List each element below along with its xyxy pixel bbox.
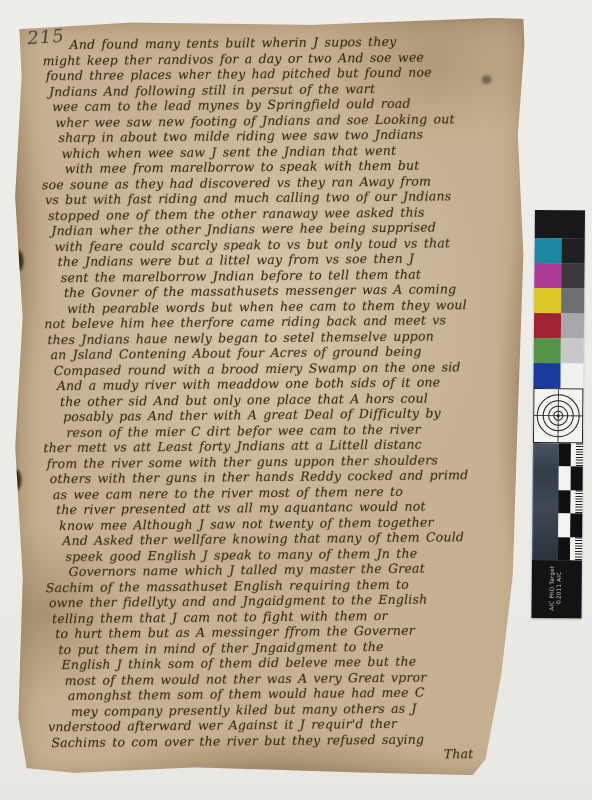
manuscript-page: 215 And found many tents built wherin J … [11,15,531,783]
gray-patch [562,238,585,263]
strip-footer: AIC PhD Target ©2011 AIC [531,560,582,618]
gray-patch [560,363,583,388]
gray-patch [561,313,584,338]
bullseye-target-icon [533,388,583,443]
gray-patch [561,288,584,313]
strip-header [535,210,585,238]
photo-background: 215 And found many tents built wherin J … [0,0,592,800]
gray-patch [561,338,584,363]
ruler [532,443,583,560]
ruler-dark-bar [532,443,559,560]
ruler-block [559,443,571,467]
color-patch [534,263,561,288]
ruler-tick-block [571,443,583,467]
ink-stain [8,249,23,273]
ruler-blocks-left [558,443,571,560]
color-patch [533,363,560,388]
ruler-block [558,537,570,561]
patch-rows [533,238,584,388]
ruler-tick-block [570,490,582,514]
color-patch [535,238,562,263]
color-patch [534,288,561,313]
target-copyright: ©2011 AIC [556,561,563,615]
ruler-blocks-right [570,443,583,560]
manuscript-text: And found many tents built wherin J supo… [24,33,526,766]
ruler-block [559,467,571,491]
color-patch [534,313,561,338]
ruler-block [558,490,570,514]
gray-patch [561,263,584,288]
calibration-strip: AIC PhD Target ©2011 AIC [531,210,585,618]
color-patch [534,338,561,363]
ruler-tick-block [570,514,582,538]
ruler-tick-block [570,537,582,561]
ruler-tick-block [571,467,583,491]
ink-stain [10,469,21,491]
ruler-block [558,513,570,537]
